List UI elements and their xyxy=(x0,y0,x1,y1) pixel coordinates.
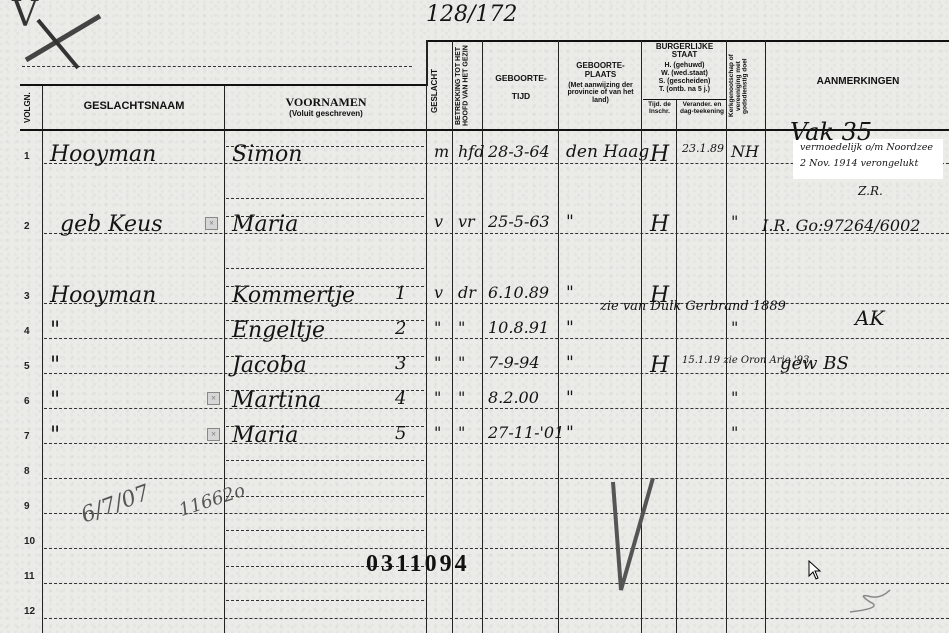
marker-square: × xyxy=(207,428,220,441)
entry-surname: Hooyman xyxy=(50,142,156,167)
sub-rule xyxy=(226,496,424,497)
sub-rule xyxy=(226,460,424,461)
entry-sex: m xyxy=(434,142,449,161)
header-bs-tijd: Tijd. de Inschr. xyxy=(643,102,676,116)
entry-child-no: 4 xyxy=(395,388,406,409)
row-number: 8 xyxy=(24,466,30,477)
entry-civil: H xyxy=(650,353,669,378)
entry-relation: " xyxy=(458,318,465,337)
entry-sex: " xyxy=(434,353,441,372)
entry-sex: " xyxy=(434,388,441,407)
header-burgerlijke-staat: BURGERLIJKE STAAT xyxy=(643,43,726,60)
entry-relation: vr xyxy=(458,212,475,231)
row-rule xyxy=(44,548,949,549)
entry-civil-change: zie van Dulk Gerbrand 1889 xyxy=(600,299,786,314)
stamp-number: 0311094 xyxy=(366,551,470,578)
row-rule xyxy=(44,618,949,619)
entry-surname: geb Keus xyxy=(60,212,163,237)
entry-child-no: 1 xyxy=(395,283,406,304)
row-rule xyxy=(44,583,949,584)
remarks-initials: Z.R. xyxy=(858,184,883,198)
entry-birthdate: 10.8.91 xyxy=(488,318,549,337)
entry-civil: H xyxy=(650,142,669,167)
header-bs-t: T. (ontb. na 5 j.) xyxy=(643,86,726,93)
entry-church: " xyxy=(731,212,738,231)
entry-birthplace: " xyxy=(566,283,574,303)
row-rule xyxy=(44,443,949,444)
entry-remarks: gew BS xyxy=(780,353,849,374)
sub-rule xyxy=(226,530,424,531)
entry-given: Jacoba xyxy=(232,353,307,378)
marker-square: × xyxy=(207,392,220,405)
file-reference: 128/172 xyxy=(426,2,517,27)
entry-relation: " xyxy=(458,353,465,372)
registration-card: V 128/172 VOLGN. GESLACHTSNAAM VOORNAMEN… xyxy=(0,0,949,633)
header-geslacht: GESLACHT xyxy=(431,58,439,124)
entry-birthdate: 7-9-94 xyxy=(488,353,540,372)
entry-relation: dr xyxy=(458,283,476,302)
entry-birthplace: " xyxy=(566,423,574,443)
row-number: 4 xyxy=(24,326,30,337)
entry-birthplace: den Haag xyxy=(566,142,649,162)
header-geboorteplaats-2: PLAATS xyxy=(560,71,641,79)
row-number: 3 xyxy=(24,291,30,302)
entry-sex: " xyxy=(434,423,441,442)
header-geboortetijd-1: GEBOORTE- xyxy=(484,74,558,83)
entry-birthdate: 8.2.00 xyxy=(488,388,539,407)
row-rule xyxy=(44,303,949,304)
entry-given: Maria xyxy=(232,423,298,448)
entry-birthplace: " xyxy=(566,212,574,232)
entry-surname: Hooyman xyxy=(50,283,156,308)
entry-surname: " xyxy=(50,353,60,378)
row-rule xyxy=(44,338,949,339)
row-number: 2 xyxy=(24,221,30,232)
marker-square: × xyxy=(205,217,218,230)
entry-church: " xyxy=(731,318,738,337)
row-number: 9 xyxy=(24,501,30,512)
header-bs-s: S. (gescheiden) xyxy=(643,78,726,85)
entry-given: Simon xyxy=(232,142,302,167)
entry-child-no: 3 xyxy=(395,353,406,374)
header-bs-verander: Verander. en dag-teekening xyxy=(678,102,726,116)
entry-child-no: 2 xyxy=(395,318,406,339)
row-number: 7 xyxy=(24,431,30,442)
entry-sex: " xyxy=(434,318,441,337)
entry-remarks: Vak 35 xyxy=(790,118,872,146)
row-number: 11 xyxy=(24,571,35,582)
entry-birthdate: 6.10.89 xyxy=(488,283,549,302)
header-bs-h: H. (gehuwd) xyxy=(643,62,726,69)
entry-given: Kommertje xyxy=(232,283,355,308)
entry-surname: " xyxy=(50,388,60,413)
row-number: 10 xyxy=(24,536,35,547)
entry-sex: v xyxy=(434,212,443,231)
header-bs-w: W. (wed.staat) xyxy=(643,70,726,77)
entry-birthdate: 28-3-64 xyxy=(488,142,550,161)
sub-rule xyxy=(226,198,424,199)
row-number: 5 xyxy=(24,361,30,372)
entry-surname: " xyxy=(50,318,60,343)
header-volgnr: VOLGN. xyxy=(24,90,32,126)
scribble-mark-icon xyxy=(840,586,900,616)
check-mark-icon xyxy=(605,478,655,598)
side-annotation-number: 11662o xyxy=(176,480,247,521)
entry-sex: v xyxy=(434,283,443,302)
header-geboortetijd-2: TIJD xyxy=(484,92,558,101)
entry-relation: " xyxy=(458,423,465,442)
entry-birthplace: " xyxy=(566,388,574,408)
entry-remarks: AK xyxy=(855,306,884,330)
entry-given: Engeltje xyxy=(232,318,325,343)
entry-church: NH xyxy=(731,142,759,161)
sub-rule xyxy=(226,268,424,269)
header-voornamen-sub: (Voluit geschreven) xyxy=(226,110,426,118)
side-annotation-date: 6/7/07 xyxy=(78,481,153,529)
row-number: 6 xyxy=(24,396,30,407)
header-aanmerkingen: AANMERKINGEN xyxy=(767,77,949,88)
row-number: 12 xyxy=(24,606,35,617)
entry-civil: H xyxy=(650,212,669,237)
cross-mark-icon xyxy=(18,10,108,70)
entry-birthplace: " xyxy=(566,318,574,338)
entry-given: Martina xyxy=(232,388,321,413)
entry-child-no: 5 xyxy=(395,423,406,444)
mouse-cursor-icon xyxy=(808,560,822,580)
entry-civil-change: 23.1.89 xyxy=(682,142,724,155)
header-geboorteplaats-sub: (Met aanwijzing der provincie of van het… xyxy=(562,82,639,104)
entry-church: " xyxy=(731,423,738,442)
entry-birthdate: 27-11-'01 xyxy=(488,423,564,442)
entry-given: Maria xyxy=(232,212,298,237)
entry-church: " xyxy=(731,388,738,407)
row-rule xyxy=(44,408,949,409)
entry-birthplace: " xyxy=(566,353,574,373)
header-kerkgenootschap: Kerkgenootschap of vereeniging met godsd… xyxy=(729,44,763,128)
entry-relation: " xyxy=(458,388,465,407)
header-betrekking: BETREKKING TOT HET HOOFD VAN HET GEZIN xyxy=(455,44,481,128)
entry-birthdate: 25-5-63 xyxy=(488,212,550,231)
header-geslachtsnaam: GESLACHTSNAAM xyxy=(44,101,224,113)
remarks-note-line2: 2 Nov. 1914 verongelukt xyxy=(800,158,918,169)
entry-relation: hfd xyxy=(458,142,484,161)
entry-remarks: I.R. Go:97264/6002 xyxy=(762,216,920,235)
row-rule xyxy=(44,478,949,479)
row-number: 1 xyxy=(24,151,30,162)
header-voornamen: VOORNAMEN xyxy=(226,96,426,109)
entry-surname: " xyxy=(50,423,60,448)
sub-rule xyxy=(226,600,424,601)
